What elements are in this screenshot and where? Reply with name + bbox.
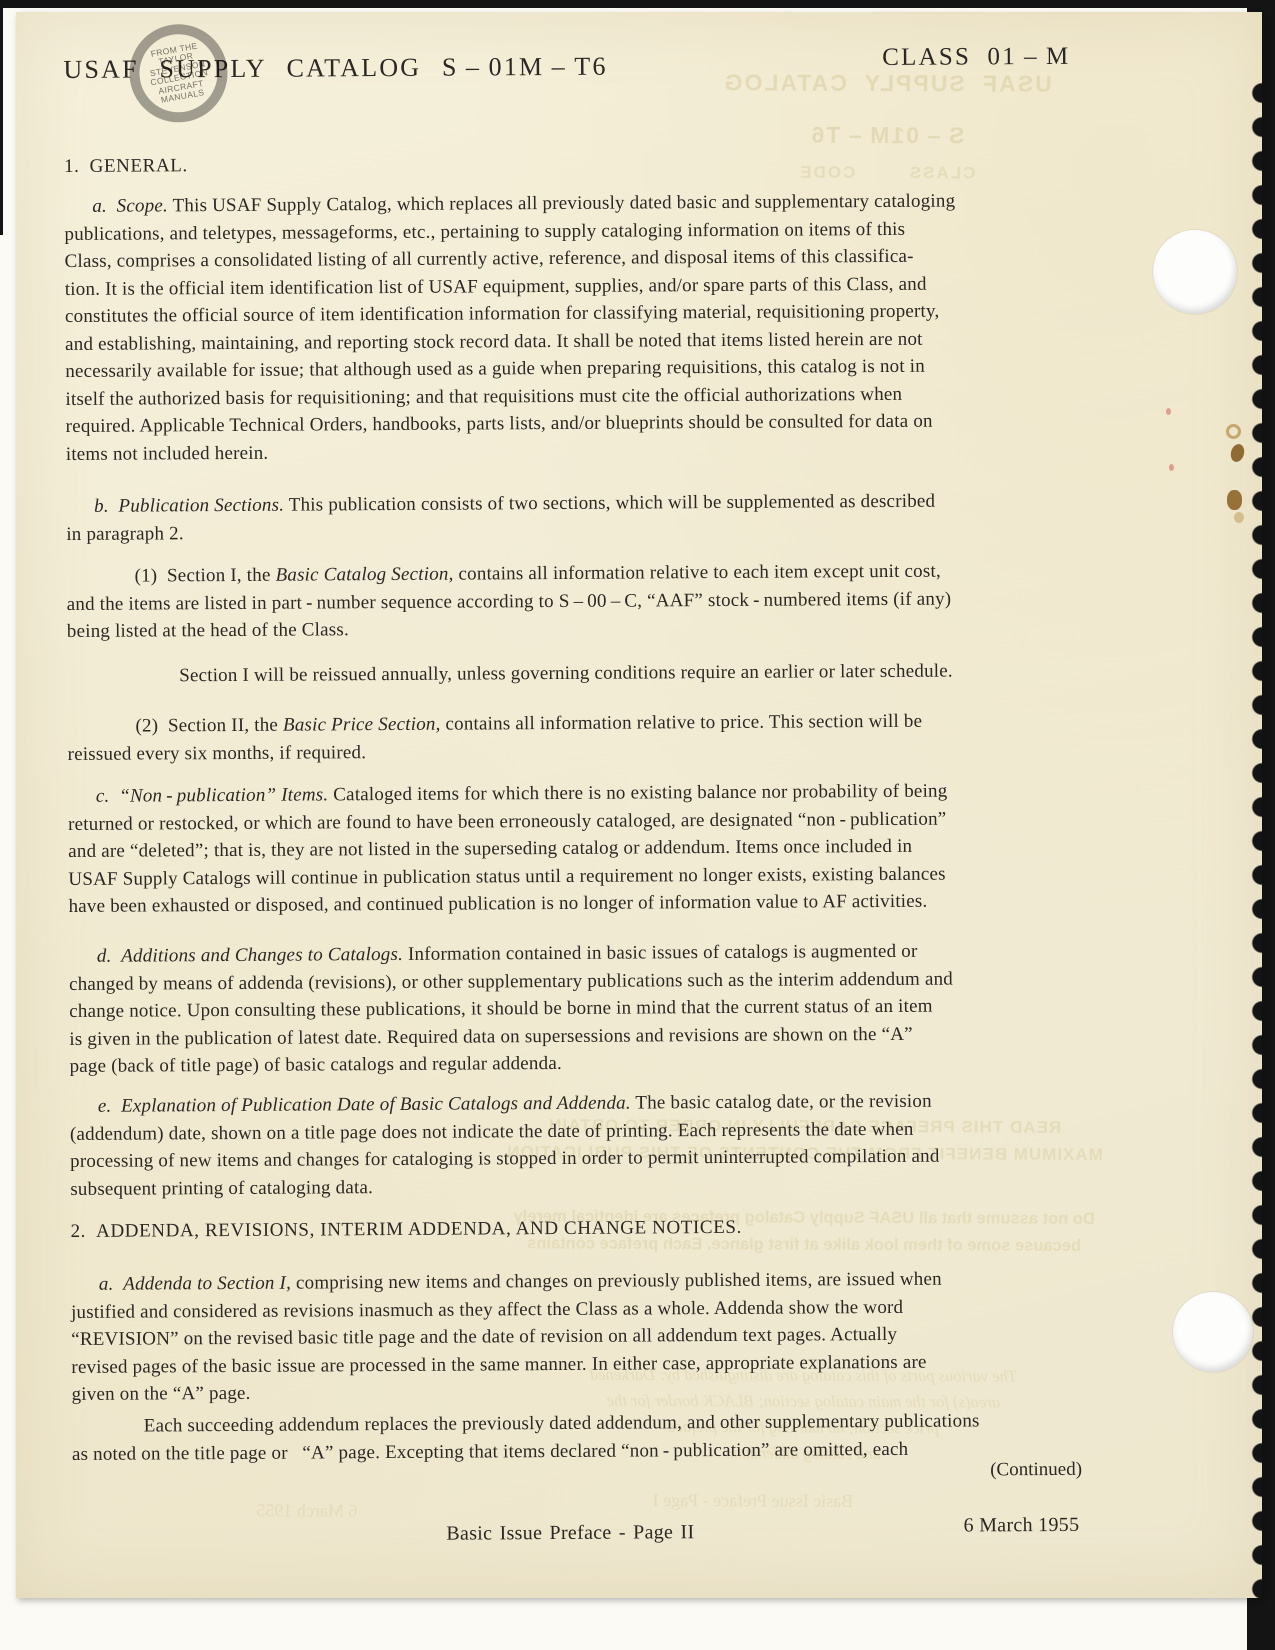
punch-hole-bottom bbox=[1173, 1292, 1253, 1372]
paragraph-text: This USAF Supply Catalog, which replaces… bbox=[64, 191, 955, 465]
paragraph-lead: c. “Non - publication” Items. bbox=[96, 784, 329, 806]
paragraph-text: (2) Section II, the bbox=[135, 715, 283, 737]
stain-speck bbox=[1166, 408, 1171, 415]
paragraph-succeeding-addendum: Each succeeding addendum replaces the pr… bbox=[72, 1407, 1112, 1468]
paragraph-italic: Basic Catalog Section, bbox=[275, 564, 453, 586]
paragraph-lead: b. Publication Sections. bbox=[94, 495, 284, 517]
collection-stamp: FROM THE TAYLOR STEVENSON COLLECTION AIR… bbox=[121, 16, 235, 130]
binding-edge-notches bbox=[1242, 76, 1262, 1598]
paragraph-text: (1) Section I, the bbox=[134, 565, 275, 587]
paragraph-section1-reissue-note: Section I will be reissued annually, unl… bbox=[67, 657, 1107, 691]
paragraph-e-publication-date: e. Explanation of Publication Date of Ba… bbox=[70, 1087, 1111, 1203]
stain-speck bbox=[1169, 464, 1174, 471]
class-label: CLASS 01 – M bbox=[882, 43, 1070, 72]
paragraph-italic: Basic Price Section, bbox=[283, 714, 441, 736]
scan-edge-top bbox=[0, 0, 1275, 8]
paragraph-b2-basic-price-section: (2) Section II, the Basic Price Section,… bbox=[67, 707, 1107, 768]
paragraph-b-publication-sections: b. Publication Sections. This publicatio… bbox=[66, 487, 1106, 548]
punch-hole-top bbox=[1153, 230, 1237, 314]
printed-text-layer: USAF SUPPLY CATALOG S – 01M – T6 CLASS 0… bbox=[16, 12, 1262, 1598]
paragraph-d-additions-changes: d. Additions and Changes to Catalogs. In… bbox=[69, 937, 1110, 1081]
scan-edge-left bbox=[0, 0, 3, 235]
heading-addenda: 2. ADDENDA, REVISIONS, INTERIM ADDENDA, … bbox=[70, 1212, 1110, 1246]
paragraph-lead: a. Addenda to Section I, bbox=[99, 1273, 291, 1295]
paragraph-lead: e. Explanation of Publication Date of Ba… bbox=[98, 1093, 631, 1117]
paragraph-b1-basic-catalog-section: (1) Section I, the Basic Catalog Section… bbox=[66, 557, 1106, 646]
footer-date: 6 March 1955 bbox=[963, 1514, 1079, 1538]
heading-general: 1. GENERAL. bbox=[64, 147, 1104, 181]
continued-label: (Continued) bbox=[990, 1459, 1082, 1482]
paragraph-lead: d. Additions and Changes to Catalogs. bbox=[97, 944, 403, 967]
paragraph-2a-addenda-to-section1: a. Addenda to Section I, comprising new … bbox=[71, 1265, 1112, 1409]
collection-stamp-text: FROM THE TAYLOR STEVENSON COLLECTION AIR… bbox=[145, 40, 213, 107]
stain bbox=[1226, 424, 1241, 439]
paragraph-lead: a. Scope. bbox=[92, 195, 168, 216]
paragraph-c-non-publication-items: c. “Non - publication” Items. Cataloged … bbox=[68, 777, 1109, 921]
paper-sheet: USAF SUPPLY CATALOG S – 01M – T6 CLASS C… bbox=[16, 12, 1262, 1598]
paragraph-a-scope: a. Scope. This USAF Supply Catalog, whic… bbox=[64, 187, 1106, 468]
footer-page-label: Basic Issue Preface - Page II bbox=[50, 1519, 1090, 1548]
stain bbox=[1227, 490, 1242, 510]
